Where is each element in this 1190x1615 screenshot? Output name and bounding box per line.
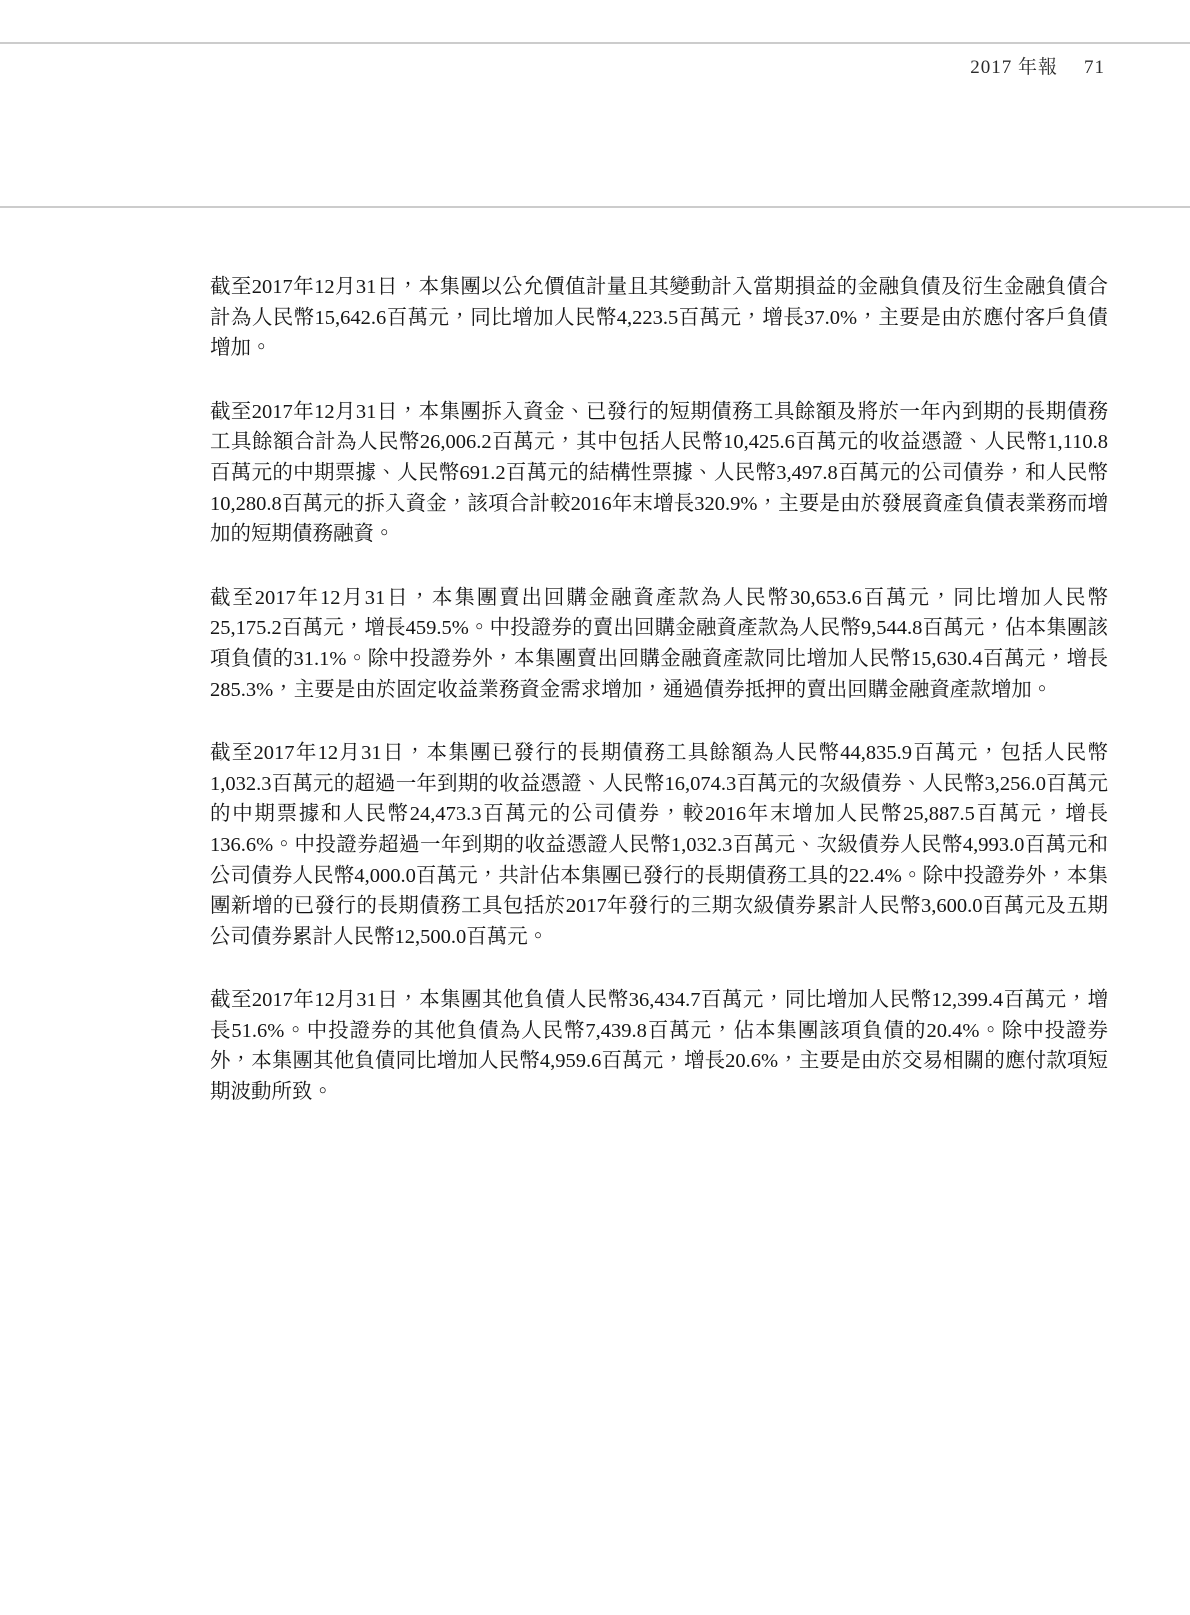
page-header: 2017 年報 71 (970, 52, 1105, 79)
content-divider-line (0, 206, 1190, 208)
body-paragraph-repurchase-agreements: 截至2017年12月31日，本集團賣出回購金融資產款為人民幣30,653.6百萬… (210, 583, 1108, 705)
body-paragraph-financial-liabilities: 截至2017年12月31日，本集團以公允價值計量且其變動計入當期損益的金融負債及… (210, 272, 1108, 364)
document-body: 截至2017年12月31日，本集團以公允價值計量且其變動計入當期損益的金融負債及… (210, 272, 1108, 1141)
body-paragraph-long-term-debt: 截至2017年12月31日，本集團已發行的長期債務工具餘額為人民幣44,835.… (210, 738, 1108, 952)
body-paragraph-short-term-debt: 截至2017年12月31日，本集團拆入資金、已發行的短期債務工具餘額及將於一年內… (210, 397, 1108, 550)
page-number: 71 (1084, 57, 1105, 79)
report-title: 2017 年報 (970, 52, 1058, 79)
header-divider-line (0, 42, 1190, 44)
body-paragraph-other-liabilities: 截至2017年12月31日，本集團其他負債人民幣36,434.7百萬元，同比增加… (210, 985, 1108, 1107)
